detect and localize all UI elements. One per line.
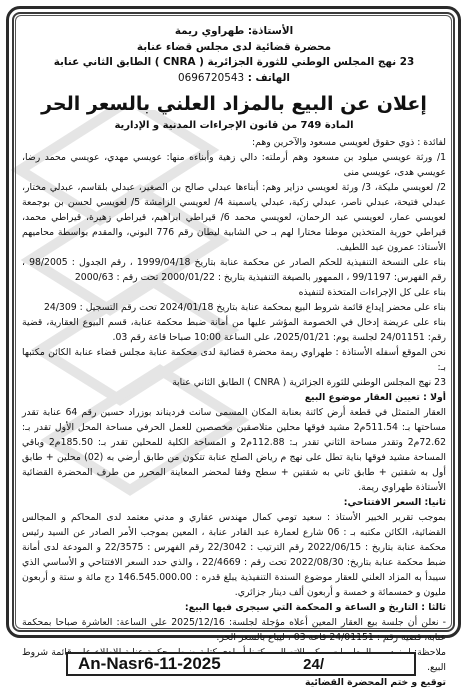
bailiff-header: الأستاذة: طهراوي ريمة محضرة قضائية لدى م…: [22, 24, 446, 86]
bailiff-office-address: 23 نهج المجلس الوطني للثورة الجزائرية ( …: [22, 375, 446, 390]
phone-number: 0696720543: [178, 72, 244, 84]
section-property-text: العقار المتمثل في قطعة أرض كائنة بعنابة …: [22, 405, 446, 495]
legal-basis-procedures: بناء على كل الإجراءات المتخذة لتنفيذه: [22, 285, 446, 300]
publication-footer: An-Nasr6-11-2025 24/: [66, 652, 416, 676]
bailiff-phone-line: الهاتف : 0696720543: [22, 71, 446, 87]
page-number: 24/: [303, 656, 324, 673]
bailiff-name: الأستاذة: طهراوي ريمة: [22, 24, 446, 40]
section-property-title: أولا : تعيين العقار موضوع البيع: [22, 390, 446, 405]
section-price-text: بموجب تقرير الخبير الأستاذ : سعيد تومي ك…: [22, 510, 446, 600]
section-price-title: ثانيا: السعر الافتتاحي:: [22, 495, 446, 510]
notice-title: إعلان عن البيع بالمزاد العلني بالسعر الح…: [22, 90, 446, 118]
beneficiaries-intro: لفائدة : ذوي حقوق لعويسي مسعود والآخرين …: [22, 135, 446, 150]
section-date-title: ثالثا : التاريخ و الساعة و المحكمة التي …: [22, 600, 446, 615]
section-date-text: - نعلن أن جلسة بيع العقار المعين أعلاه م…: [22, 615, 446, 645]
bailiff-statement: نحن الموقع أسفله الأستاذة : طهراوي ريمة …: [22, 345, 446, 375]
heirs-group-1: 1/ ورثة عويسي ميلود بن مسعود وهم أرملته:…: [22, 150, 446, 180]
publication-date: An-Nasr6-11-2025: [78, 654, 221, 674]
notice-subtitle: المادة 749 من قانون الإجراءات المدنية و …: [22, 118, 446, 133]
notice-content: الأستاذة: طهراوي ريمة محضرة قضائية لدى م…: [22, 24, 446, 689]
legal-basis-judgment: بناء على النسخة التنفيذية للحكم الصادر ع…: [22, 255, 446, 285]
bailiff-role: محضرة قضائية لدى مجلس قضاء عنابة: [22, 40, 446, 56]
legal-basis-petition: بناء على عريضة إدخال في الخصومة المؤشر ع…: [22, 315, 446, 345]
legal-basis-deposit: بناء على محضر إيداع قائمة شروط البيع بمح…: [22, 300, 446, 315]
signature-line: توقيع و ختم المحضرة القضائية: [22, 675, 446, 689]
phone-label: الهاتف :: [248, 72, 290, 84]
bailiff-address: 23 نهج المجلس الوطني للثورة الجزائرية ( …: [22, 55, 446, 71]
heirs-group-2: 2/ لعويسي مليكة، 3/ ورثة لعويسي دزاير وه…: [22, 180, 446, 255]
